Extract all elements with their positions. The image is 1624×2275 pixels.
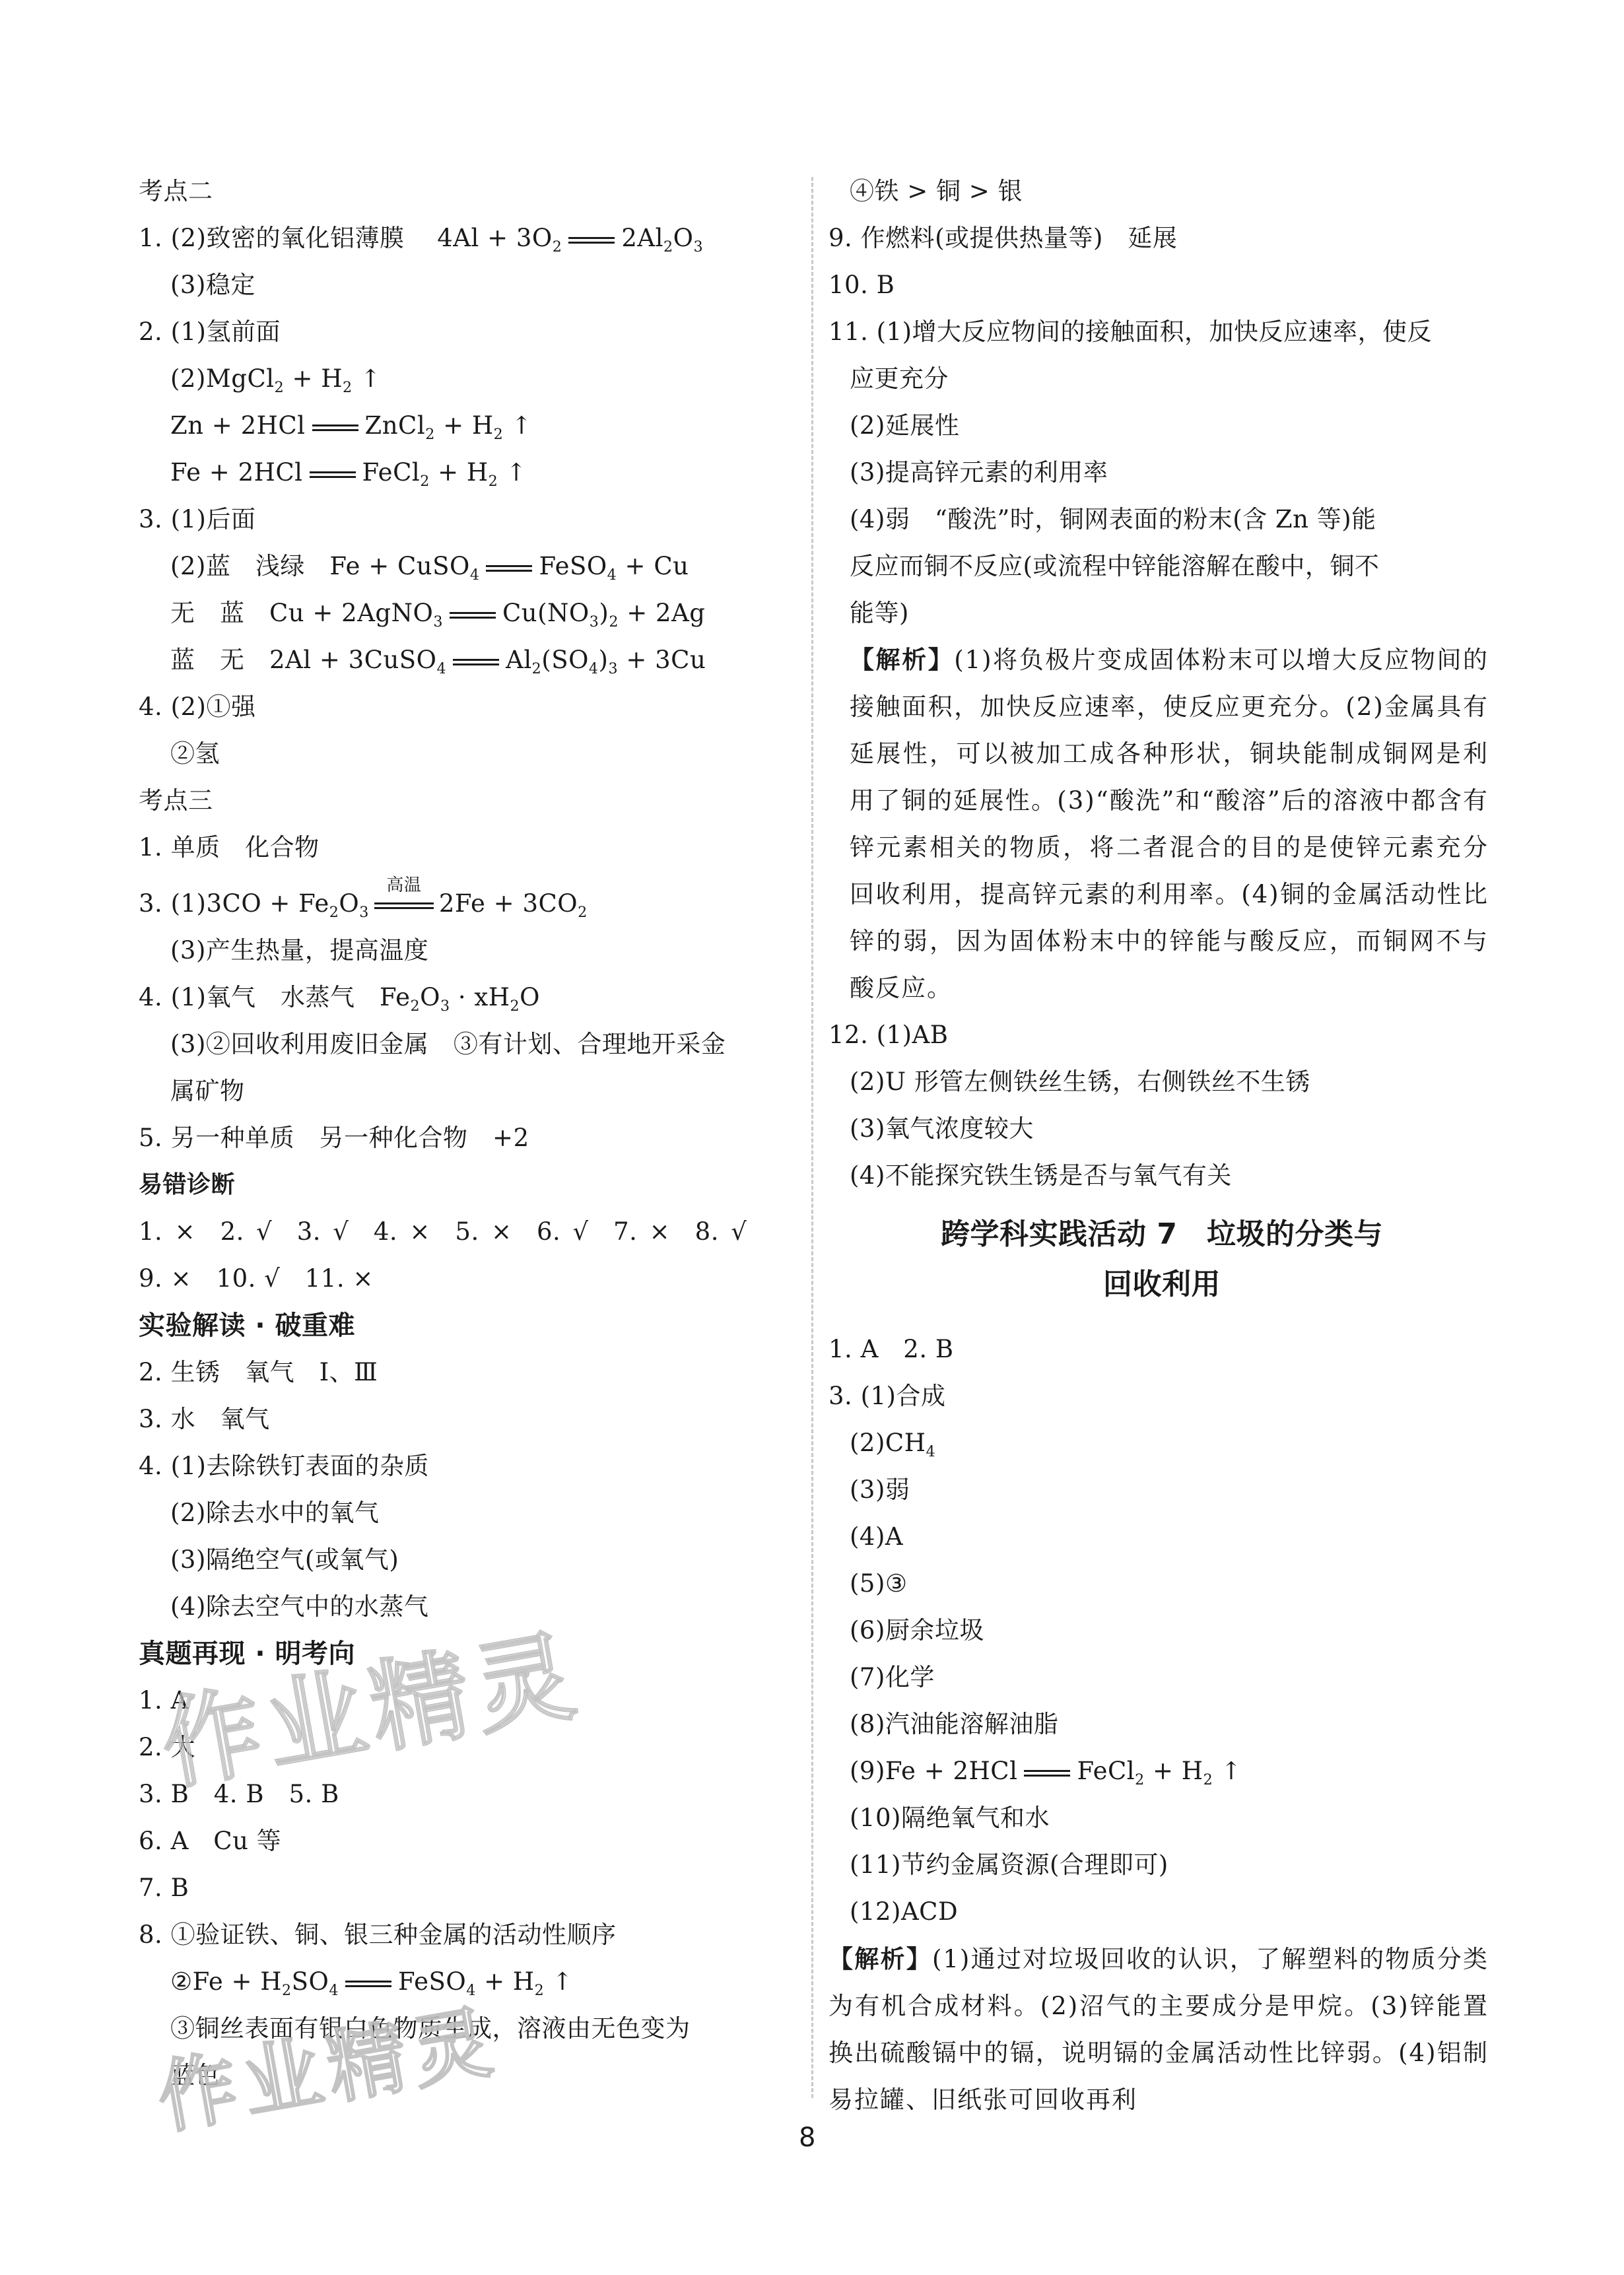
- analysis-activity: 【解析】(1)通过对垃圾回收的认识，了解塑料的物质分类为有机合成材料。(2)沼气…: [829, 1936, 1489, 2123]
- k3-answer-4-3: (3)②回收利用废旧金属 ③有计划、合理地开采金: [170, 1026, 726, 1063]
- zt-answer-12-1: 12. (1)AB: [829, 1017, 948, 1054]
- answer-1-3: (3)稳定: [170, 267, 255, 304]
- activity-answer-3-7: (7)化学: [850, 1659, 935, 1696]
- section-title-line-1: 跨学科实践活动 7 垃圾的分类与: [829, 1216, 1495, 1253]
- sy-answer-2: 2. 生锈 氧气 Ⅰ、Ⅲ: [139, 1354, 378, 1391]
- equals-sign: [568, 237, 615, 244]
- answer-3-3: 无 蓝 Cu + 2AgNO3Cu(NO3)2 + 2Ag: [170, 595, 705, 632]
- sy-answer-4-1: 4. (1)去除铁钉表面的杂质: [139, 1448, 429, 1485]
- sy-answer-3: 3. 水 氧气: [139, 1401, 270, 1438]
- analysis-11: 【解析】(1)将负极片变成固体粉末可以增大反应物间的接触面积，加快反应速率，使反…: [850, 636, 1489, 1011]
- zt-answer-6: 6. A Cu 等: [139, 1823, 281, 1860]
- equals-sign: [312, 424, 358, 431]
- zt-answer-8-2: ②Fe + H2SO4FeSO4 + H2 ↑: [170, 1963, 573, 2000]
- equals-sign: [310, 471, 356, 478]
- section-title-line-2: 回收利用: [829, 1266, 1495, 1303]
- answer-3-1: 3. (1)后面: [139, 501, 255, 538]
- equals-sign: [345, 1981, 391, 1987]
- zt-answer-8-1: 8. ①验证铁、铜、银三种金属的活动性顺序: [139, 1917, 617, 1953]
- activity-answer-3-3: (3)弱: [850, 1472, 910, 1509]
- k3-answer-3-3: (3)产生热量，提高温度: [170, 932, 428, 969]
- analysis-tag: 【解析】: [850, 646, 954, 674]
- activity-answer-3-8: (8)汽油能溶解油脂: [850, 1706, 1058, 1743]
- answer-2-2: (2)MgCl2 + H2 ↑: [170, 360, 381, 397]
- activity-answer-3-4: (4)A: [850, 1518, 903, 1555]
- page-number: 8: [799, 2122, 815, 2153]
- zt-answer-12-4: (4)不能探究铁生锈是否与氧气有关: [850, 1157, 1232, 1194]
- answer-1-2: 1. (2)致密的氧化铝薄膜 4Al + 3O22Al2O3: [139, 220, 703, 257]
- equals-sign: [453, 659, 499, 665]
- sy-answer-4-2: (2)除去水中的氧气: [170, 1495, 379, 1532]
- zt-answer-8-4: ④铁 > 铜 > 银: [850, 173, 1023, 210]
- zt-answer-11-4-cont2: 能等): [850, 595, 909, 632]
- equals-sign: [450, 612, 496, 619]
- k3-answer-3-1: 3. (1)3CO + Fe2O3高温2Fe + 3CO2: [139, 885, 588, 922]
- section-shiyan-title: 实验解读 · 破重难: [139, 1307, 355, 1344]
- k3-answer-1: 1. 单质 化合物: [139, 829, 320, 866]
- activity-answer-3-10: (10)隔绝氧气和水: [850, 1800, 1050, 1837]
- yicuo-row-2: 9. × 10. √ 11. ×: [139, 1260, 374, 1297]
- sy-answer-4-4: (4)除去空气中的水蒸气: [170, 1588, 428, 1625]
- activity-answer-3-9: (9)Fe + 2HClFeCl2 + H2 ↑: [850, 1753, 1242, 1790]
- zt-answer-11-2: (2)延展性: [850, 407, 959, 444]
- zt-answer-12-2: (2)U 形管左侧铁丝生锈，右侧铁丝不生锈: [850, 1064, 1310, 1101]
- activity-answer-3-11: (11)节约金属资源(合理即可): [850, 1847, 1168, 1884]
- answer-4-2-1: 4. (2)①强: [139, 689, 255, 726]
- zt-answer-11-3: (3)提高锌元素的利用率: [850, 454, 1108, 491]
- activity-answer-3-2: (2)CH4: [850, 1425, 935, 1462]
- equation-zn-hcl: Zn + 2HClZnCl2 + H2 ↑: [170, 407, 532, 444]
- column-divider: [811, 177, 813, 2098]
- answer-3-2: (2)蓝 浅绿 Fe + CuSO4FeSO4 + Cu: [170, 548, 689, 585]
- zt-answer-7: 7. B: [139, 1870, 189, 1907]
- equals-sign: [1024, 1770, 1070, 1777]
- zt-answer-11-1: 11. (1)增大反应物间的接触面积，加快反应速率，使反: [829, 314, 1432, 351]
- zt-answer-12-3: (3)氧气浓度较大: [850, 1110, 1034, 1147]
- activity-answer-3-12: (12)ACD: [850, 1893, 958, 1930]
- answer-4-2-2: ②氢: [170, 735, 220, 772]
- analysis-tag: 【解析】: [829, 1945, 932, 1973]
- yicuo-row-1: 1. × 2. √ 3. √ 4. × 5. × 6. √ 7. × 8. √: [139, 1213, 747, 1250]
- k3-answer-4-3-cont: 属矿物: [170, 1073, 245, 1110]
- activity-answer-3-1: 3. (1)合成: [829, 1378, 945, 1415]
- zt-answer-11-4-cont: 反应而铜不反应(或流程中锌能溶解在酸中，铜不: [850, 548, 1379, 585]
- zt-answer-10: 10. B: [829, 267, 895, 304]
- section-kaodian-3: 考点三: [139, 782, 213, 819]
- zt-answer-11-4: (4)弱 “酸洗”时，铜网表面的粉末(含 Zn 等)能: [850, 501, 1376, 538]
- watermark: 作业精灵: [149, 1595, 590, 1809]
- sy-answer-4-3: (3)隔绝空气(或氧气): [170, 1542, 399, 1579]
- zt-answer-11-1-cont: 应更充分: [850, 360, 949, 397]
- watermark: 作业精灵: [148, 1978, 506, 2150]
- activity-answer-3-5: (5)③: [850, 1565, 908, 1602]
- k3-answer-5: 5. 另一种单质 另一种化合物 +2: [139, 1120, 529, 1157]
- section-kaodian-2: 考点二: [139, 173, 213, 210]
- section-yicuo-title: 易错诊断: [139, 1167, 235, 1204]
- zt-answer-9: 9. 作燃料(或提供热量等) 延展: [829, 220, 1177, 257]
- equation-fe-hcl: Fe + 2HClFeCl2 + H2 ↑: [170, 454, 527, 491]
- answer-2-1: 2. (1)氢前面: [139, 314, 281, 351]
- equals-sign: [486, 565, 532, 572]
- k3-answer-4-1: 4. (1)氧气 水蒸气 Fe2O3 · xH2O: [139, 979, 540, 1016]
- activity-answer-3-6: (6)厨余垃圾: [850, 1612, 984, 1649]
- equals-sign-high-temp: 高温: [374, 902, 434, 909]
- activity-answer-1-2: 1. A 2. B: [829, 1331, 954, 1368]
- answer-3-4: 蓝 无 2Al + 3CuSO4Al2(SO4)3 + 3Cu: [170, 642, 706, 679]
